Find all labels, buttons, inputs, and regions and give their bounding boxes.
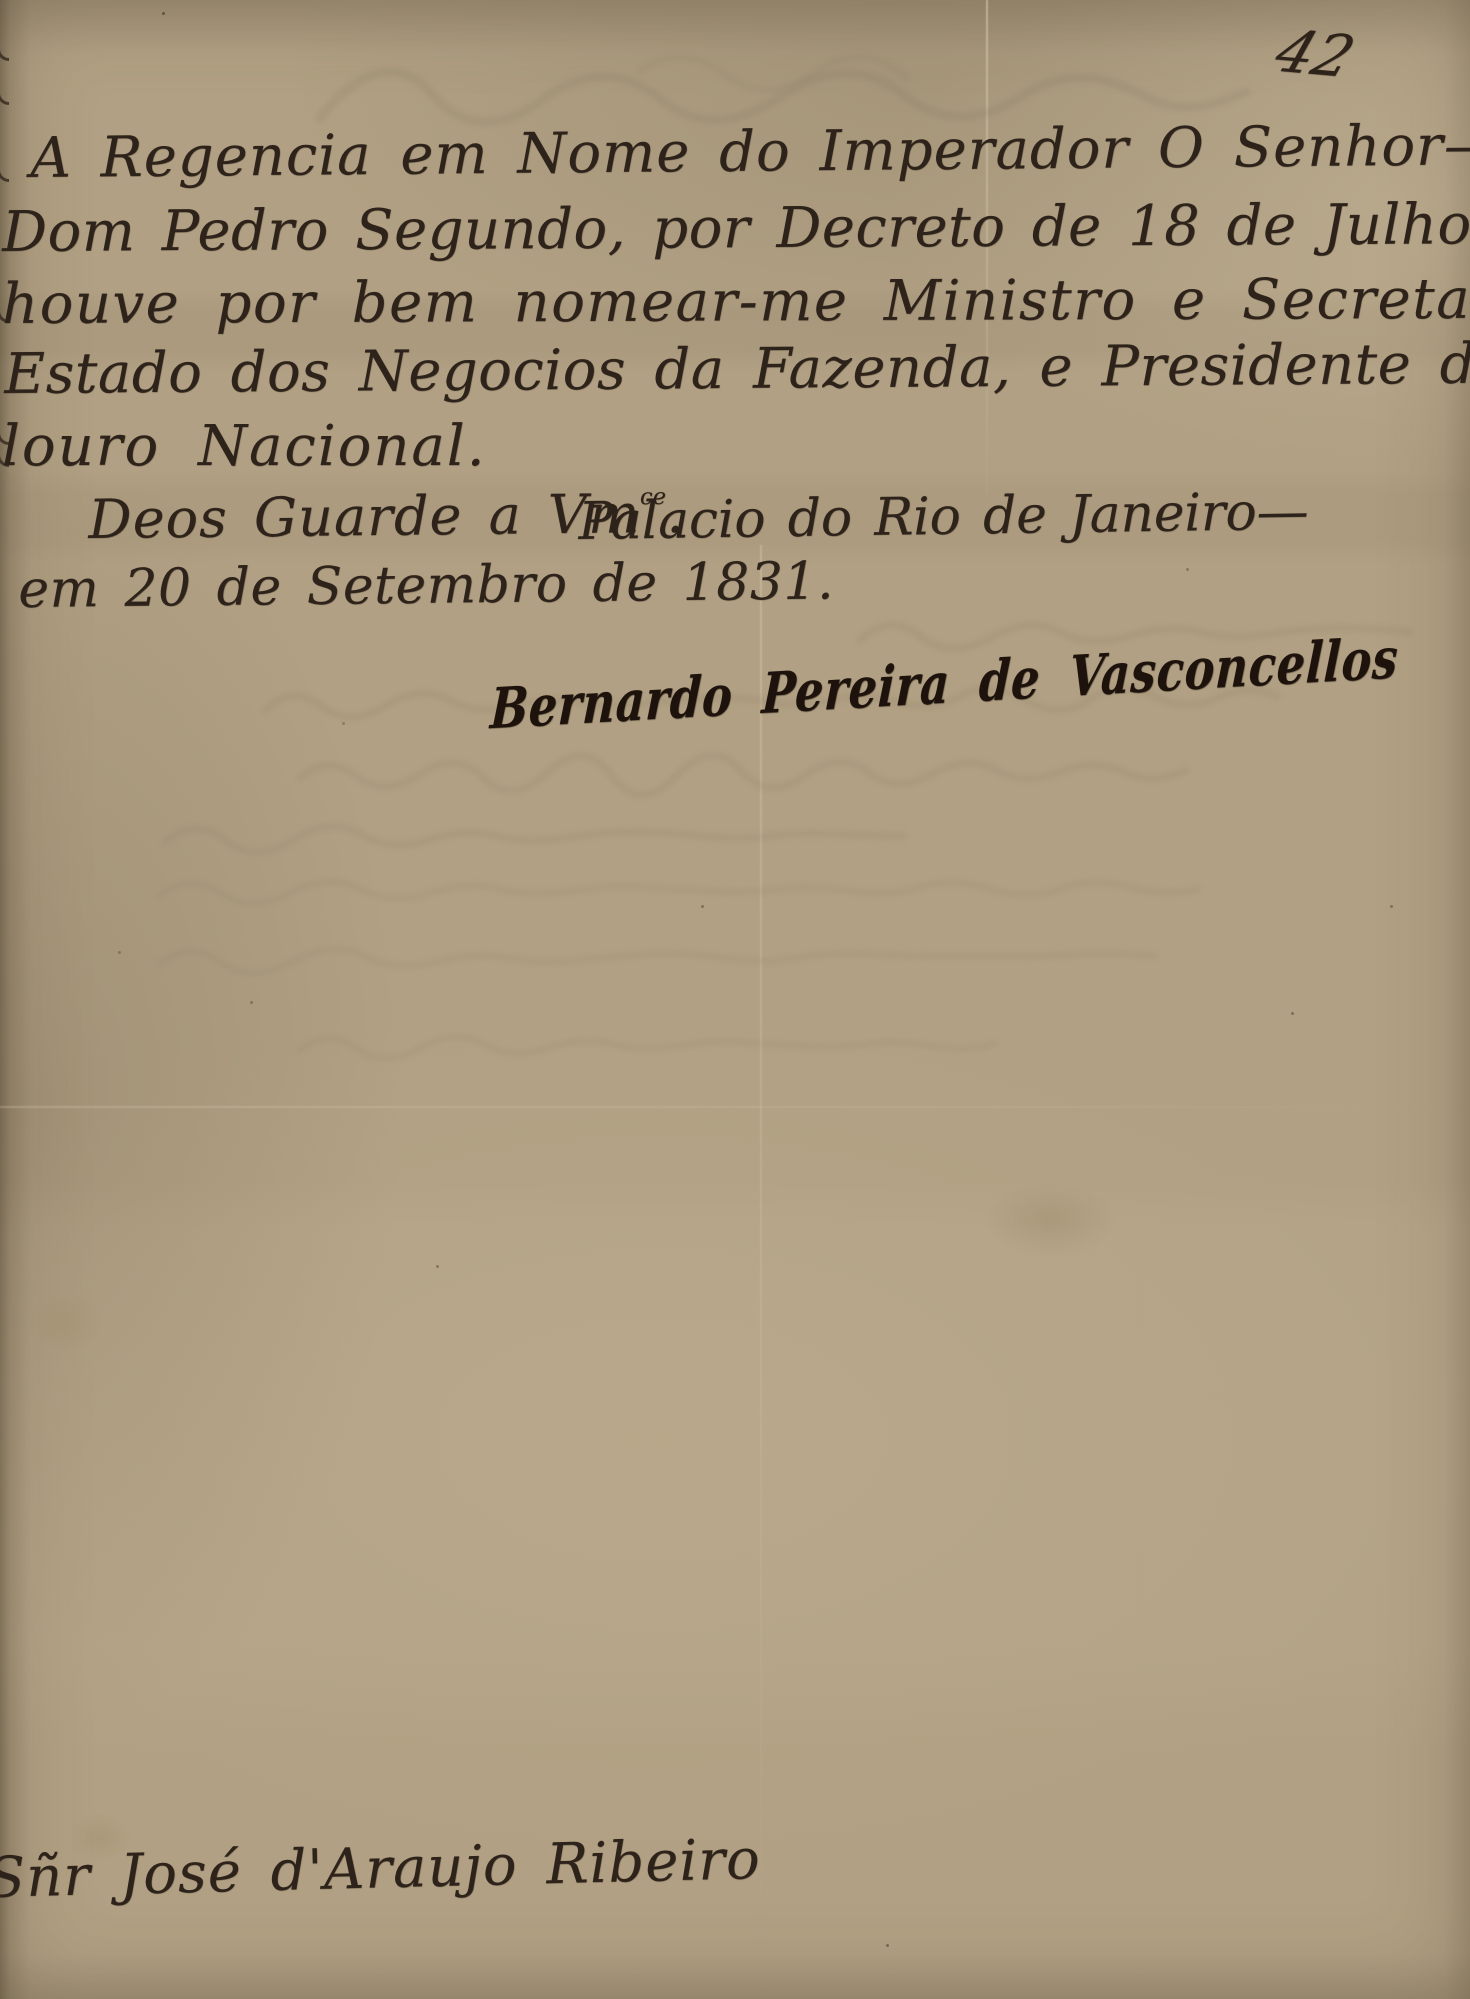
date-line: em 20 de Setembro de 1831.: [18, 551, 834, 620]
signature: Bernardo Pereira de Vasconcellos: [489, 625, 1400, 742]
cut-off-ink-fragment: [0, 163, 9, 182]
manuscript-letter-page: 42 A Regencia em Nome do Imperador O Sen…: [0, 0, 1470, 1999]
cut-off-ink-fragment: [0, 92, 9, 105]
letter-line-2: Dom Pedro Segundo, por Decreto de 18 de …: [2, 191, 1470, 265]
paper-stain: [985, 1185, 1115, 1255]
cut-off-ink-fragment: [0, 42, 9, 61]
fold-crease: [760, 545, 762, 1999]
place-line: Palacio do Rio de Janeiro—: [578, 482, 1309, 552]
letter-line-5: louro Nacional.: [2, 414, 487, 479]
fold-crease: [0, 1106, 1470, 1108]
letter-line-4: Estado dos Negocios da Fazenda, e Presid…: [4, 330, 1470, 407]
paper-specks: [0, 0, 3, 3]
letter-line-1: A Regencia em Nome do Imperador O Senhor…: [30, 113, 1470, 191]
salutation-text: Deos Guarde a Vm: [88, 482, 640, 551]
page-number: 42: [1267, 18, 1363, 91]
letter-line-3: houve por bem nomear-me Ministro e Secre…: [2, 266, 1470, 337]
paper-stain: [30, 1295, 100, 1350]
